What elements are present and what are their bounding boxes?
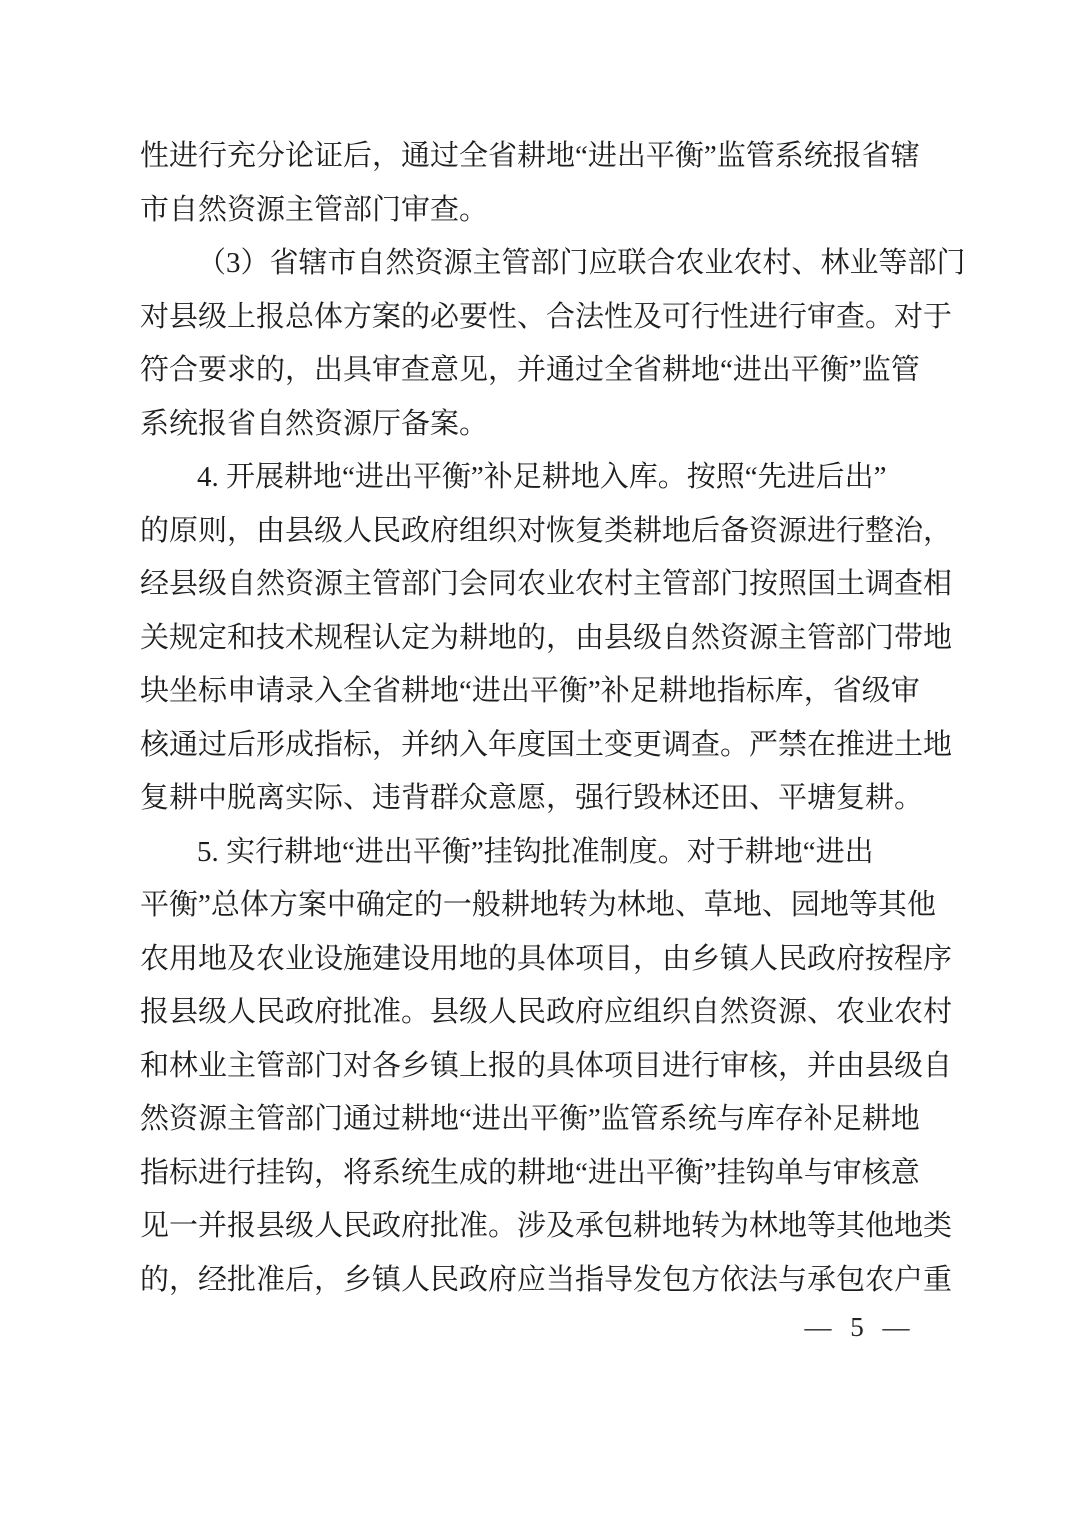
text-line: 性进行充分论证后，通过全省耕地“进出平衡”监管系统报省辖 xyxy=(140,130,955,184)
text-line: 符合要求的，出具审查意见，并通过全省耕地“进出平衡”监管 xyxy=(140,344,955,398)
text-line: 复耕中脱离实际、违背群众意愿，强行毁林还田、平塘复耕。 xyxy=(140,772,955,826)
text-line: 系统报省自然资源厅备案。 xyxy=(140,398,955,452)
text-line: （3）省辖市自然资源主管部门应联合农业农村、林业等部门 xyxy=(140,237,955,291)
text-line: 块坐标申请录入全省耕地“进出平衡”补足耕地指标库，省级审 xyxy=(140,665,955,719)
text-line: 4. 开展耕地“进出平衡”补足耕地入库。按照“先进后出” xyxy=(140,451,955,505)
text-line: 然资源主管部门通过耕地“进出平衡”监管系统与库存补足耕地 xyxy=(140,1093,955,1147)
text-line: 指标进行挂钩，将系统生成的耕地“进出平衡”挂钩单与审核意 xyxy=(140,1147,955,1201)
text-line: 和林业主管部门对各乡镇上报的具体项目进行审核，并由县级自 xyxy=(140,1040,955,1094)
text-line: 见一并报县级人民政府批准。涉及承包耕地转为林地等其他地类 xyxy=(140,1200,955,1254)
text-line: 平衡”总体方案中确定的一般耕地转为林地、草地、园地等其他 xyxy=(140,879,955,933)
text-line: 经县级自然资源主管部门会同农业农村主管部门按照国土调查相 xyxy=(140,558,955,612)
text-line: 的，经批准后，乡镇人民政府应当指导发包方依法与承包农户重 xyxy=(140,1254,955,1308)
text-line: 关规定和技术规程认定为耕地的，由县级自然资源主管部门带地 xyxy=(140,612,955,666)
text-line: 核通过后形成指标，并纳入年度国土变更调查。严禁在推进土地 xyxy=(140,719,955,773)
text-line: 的原则，由县级人民政府组织对恢复类耕地后备资源进行整治， xyxy=(140,505,955,559)
text-line: 报县级人民政府批准。县级人民政府应组织自然资源、农业农村 xyxy=(140,986,955,1040)
page-number: — 5 — xyxy=(760,1312,960,1343)
text-line: 农用地及农业设施建设用地的具体项目，由乡镇人民政府按程序 xyxy=(140,933,955,987)
document-body-text: 性进行充分论证后，通过全省耕地“进出平衡”监管系统报省辖 市自然资源主管部门审查… xyxy=(140,130,955,1307)
text-line: 对县级上报总体方案的必要性、合法性及可行性进行审查。对于 xyxy=(140,291,955,345)
text-line: 5. 实行耕地“进出平衡”挂钩批准制度。对于耕地“进出 xyxy=(140,826,955,880)
document-page: 性进行充分论证后，通过全省耕地“进出平衡”监管系统报省辖 市自然资源主管部门审查… xyxy=(0,0,1080,1527)
text-line: 市自然资源主管部门审查。 xyxy=(140,184,955,238)
